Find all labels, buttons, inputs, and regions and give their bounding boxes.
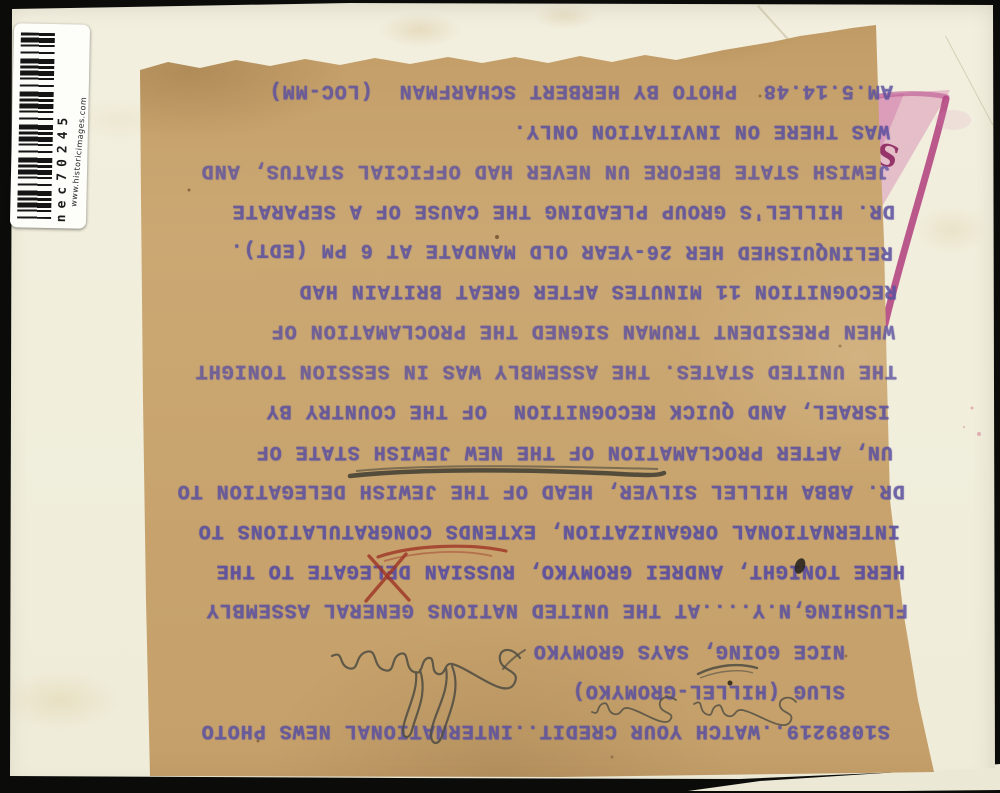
caption-line: RELINQUISHED HER 26-YEAR OLD MANDATE AT … [155,228,893,271]
caption-line: DR. HILLEL'S GROUP PLEADING THE CAUSE OF… [155,190,895,230]
press-photo-back-scan: SS S1089219..WATCH YOUR CREDIT..INTERNAT… [0,0,1000,793]
caption-line: RECOGNITION 11 MINUTES AFTER GREAT BRITA… [155,270,897,310]
caption-line: UN, AFTER PROCLAMATION OF THE NEW JEWISH… [155,431,893,471]
caption-line: JEWISH STATE BEFORE UN NEVER HAD OFFICIA… [155,150,890,190]
barcode-sticker: nec70245 www.historicimages.com [10,23,90,229]
caption-line: DR. ABBA HILLEL SILVER, HEAD OF THE JEWI… [155,470,905,510]
caption-line: ISRAEL, AND QUICK RECOGNITION OF THE COU… [155,390,890,430]
caption-line: FLUSHING,N.Y....AT THE UNITED NATIONS GE… [155,589,908,629]
caption-line: WAS THERE ON INVITATION ONLY. [155,110,890,150]
caption-line: NICE GOING, SAYS GROMYKO [155,630,845,670]
caption-line: INTERNATIONAL ORGANIZATION, EXTENDS CONG… [155,510,900,550]
caption-line: THE UNITED STATES. THE ASSEMBLY WAS IN S… [155,350,897,390]
caption-line: WHEN PRESIDENT TRUMAN SIGNED THE PROCLAM… [155,310,895,350]
caption-line: SLUG (HILLEL-GROMYKO) [155,670,845,710]
caption-line: AM.5.14.48 PHOTO BY HERBERT SCHARFMAN (L… [155,70,893,110]
barcode [17,32,55,219]
paper-crease [945,36,998,134]
caption-line: HERE TONIGHT, ANDREI GROMYKO, RUSSIAN DE… [155,550,905,590]
caption-text-block: S1089219..WATCH YOUR CREDIT..INTERNATION… [155,70,915,750]
caption-line: S1089219..WATCH YOUR CREDIT..INTERNATION… [155,710,890,750]
